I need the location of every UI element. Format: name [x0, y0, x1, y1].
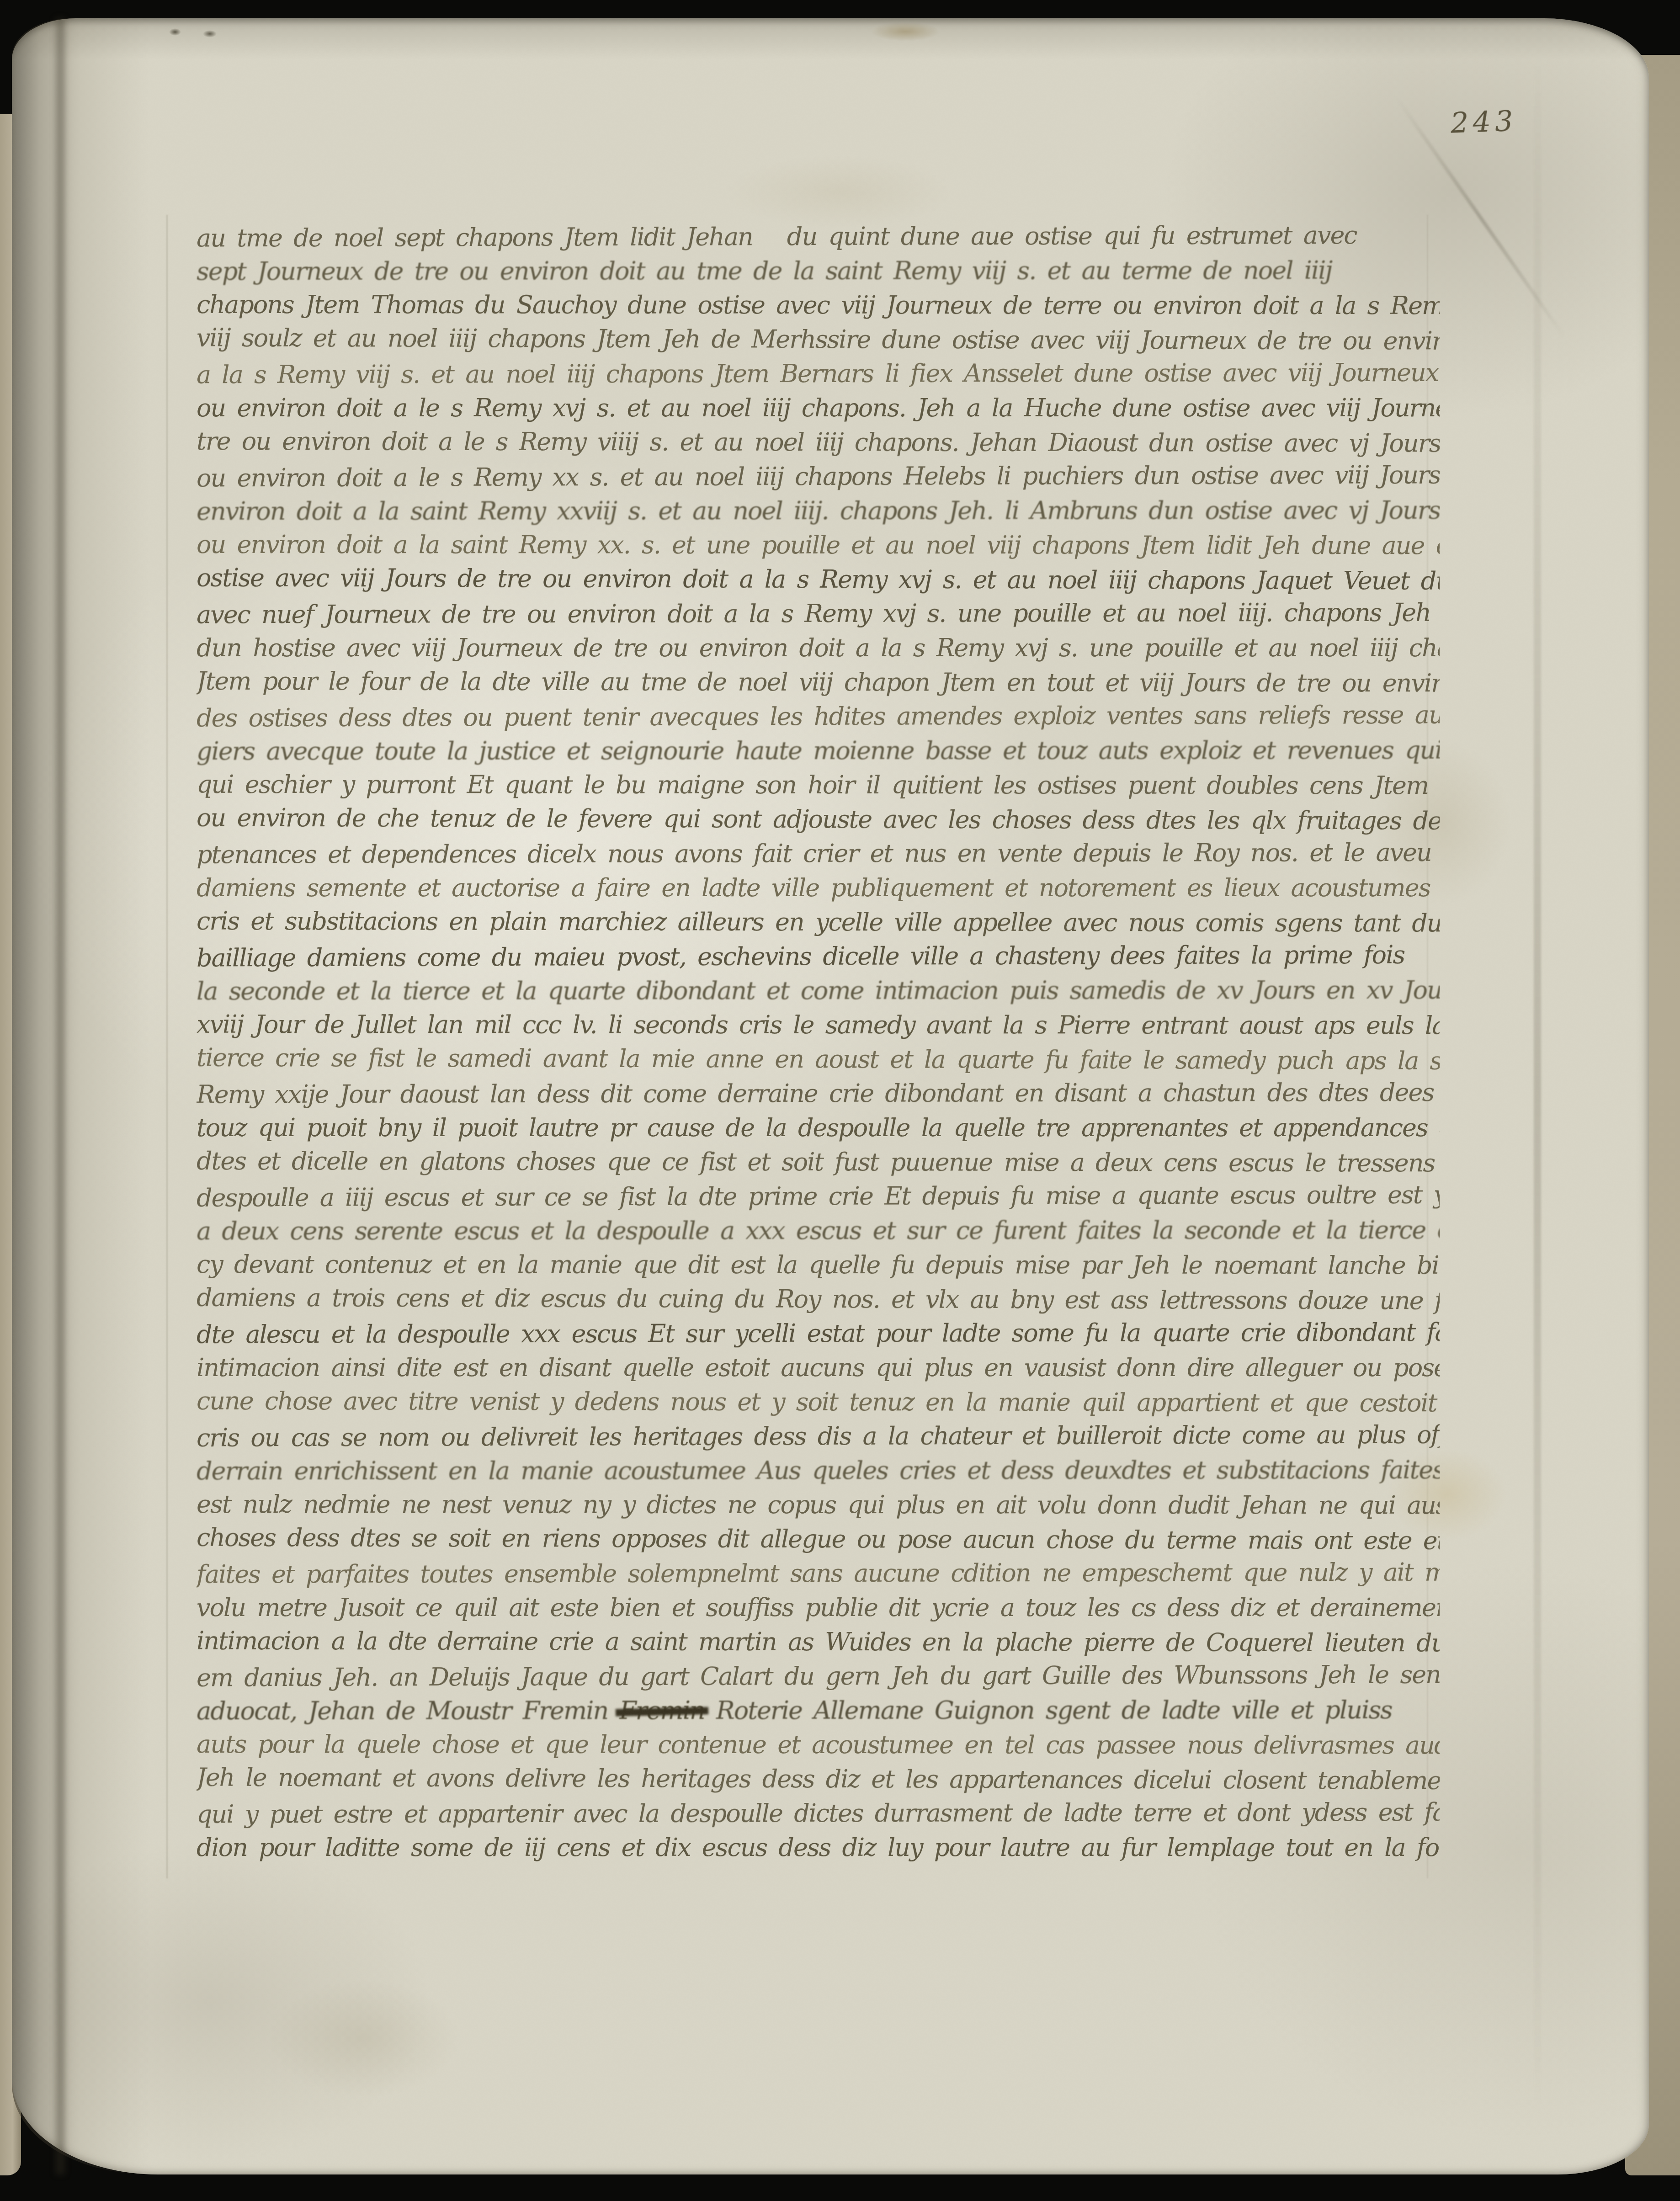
manuscript-line: Jtem pour le four de la dte ville au tme…: [197, 664, 1440, 701]
manuscript-line: aduocat, Jehan de Moustr Fremin Fremin R…: [197, 1693, 1440, 1728]
manuscript-line: ou environ doit a le s Remy xx s. et au …: [197, 457, 1440, 495]
manuscript-line: damiens semente et auctorise a faire en …: [197, 871, 1440, 905]
ink-speck: [169, 28, 181, 36]
manuscript-line: intimacion a la dte derraine crie a sain…: [197, 1624, 1440, 1660]
manuscript-line: dun hostise avec viij Journeux de tre ou…: [197, 631, 1440, 665]
manuscript-line: ostise avec viij Jours de tre ou environ…: [197, 560, 1440, 598]
manuscript-line: dtes et dicelle en glatons choses que ce…: [197, 1144, 1440, 1180]
manuscript-line: damiens a trois cens et diz escus du cui…: [197, 1280, 1440, 1318]
manuscript-line: bailliage damiens come du maieu pvost, e…: [197, 937, 1440, 975]
manuscript-line: au tme de noel sept chapons Jtem lidit J…: [197, 219, 1440, 255]
stain: [268, 1979, 460, 2098]
manuscript-line: Jeh le noemant et avons delivre les heri…: [197, 1760, 1440, 1797]
manuscript-line: qui y puet estre et appartenir avec la d…: [197, 1795, 1440, 1832]
manuscript-line: avec nuef Journeux de tre ou environ doi…: [197, 595, 1440, 632]
margin-ruling-left: [166, 215, 168, 1878]
manuscript-line: auts pour la quele chose et que leur con…: [197, 1727, 1440, 1762]
struck-word: Fremin: [619, 1696, 705, 1725]
manuscript-line: Remy xxije Jour daoust lan dess dit come…: [197, 1075, 1440, 1112]
stain: [871, 22, 940, 41]
manuscript-line: cris et substitacions en plain marchiez …: [197, 904, 1440, 941]
manuscript-line: cy devant contenuz et en la manie que di…: [197, 1247, 1440, 1282]
manuscript-line: cune chose avec titre venist y dedens no…: [197, 1384, 1440, 1420]
manuscript-line: qui eschier y purront Et quant le bu mai…: [197, 767, 1440, 803]
manuscript-line: cris ou cas se nom ou delivreit les heri…: [197, 1417, 1440, 1455]
ink-speck: [203, 30, 217, 37]
manuscript-line: ou environ doit a la saint Remy xx. s. e…: [197, 527, 1440, 563]
manuscript-line: em danius Jeh. an Deluijs Jaque du gart …: [197, 1657, 1440, 1695]
photograph-background: 243 au tme de noel sept chapons Jtem lid…: [0, 0, 1680, 2201]
manuscript-line: ou environ doit a le s Remy xvj s. et au…: [197, 391, 1440, 425]
manuscript-line: ou environ de che tenuz de le fevere qui…: [197, 800, 1440, 838]
manuscript-line: la seconde et la tierce et la quarte dib…: [197, 973, 1440, 1008]
manuscript-line: ptenances et dependences dicelx nous avo…: [197, 835, 1440, 872]
manuscript-line: dte alescu et la despoulle xxx escus Et …: [197, 1315, 1440, 1352]
manuscript-line: derrain enrichissent en la manie acoustu…: [197, 1453, 1440, 1488]
parchment-crease-vertical: [1534, 59, 1541, 2107]
manuscript-line: environ doit a la saint Remy xxviij s. e…: [197, 493, 1440, 528]
manuscript-line: faites et parfaites toutes ensemble sole…: [197, 1555, 1440, 1592]
text-block: au tme de noel sept chapons Jtem lidit J…: [197, 219, 1440, 1874]
manuscript-line: tierce crie se fist le samedi avant la m…: [197, 1040, 1440, 1078]
manuscript-line: despoulle a iiij escus et sur ce se fist…: [197, 1177, 1440, 1215]
manuscript-line: xviij Jour de Jullet lan mil ccc lv. li …: [197, 1007, 1440, 1042]
manuscript-line: volu metre Jusoit ce quil ait este bien …: [197, 1590, 1440, 1625]
manuscript-page: 243 au tme de noel sept chapons Jtem lid…: [12, 18, 1649, 2174]
manuscript-line: des ostises dess dtes ou puent tenir ave…: [197, 697, 1440, 735]
manuscript-line: sept Journeux de tre ou environ doit au …: [197, 253, 1440, 288]
gutter-fold-crease: [56, 18, 65, 2174]
manuscript-line: choses dess dtes se soit en riens oppose…: [197, 1520, 1440, 1558]
manuscript-line: a la s Remy viij s. et au noel iiij chap…: [197, 356, 1440, 392]
manuscript-line: touz qui puoit bny il puoit lautre pr ca…: [197, 1111, 1440, 1145]
stain: [725, 155, 953, 229]
manuscript-line: chapons Jtem Thomas du Sauchoy dune osti…: [197, 287, 1440, 323]
manuscript-line: intimacion ainsi dite est en disant quel…: [197, 1350, 1440, 1385]
manuscript-line: tre ou environ doit a le s Remy viiij s.…: [197, 424, 1440, 461]
manuscript-line: dion pour laditte some de iij cens et di…: [197, 1830, 1440, 1865]
folio-number: 243: [1450, 106, 1517, 137]
manuscript-line: viij soulz et au noel iiij chapons Jtem …: [197, 320, 1440, 358]
manuscript-line: a deux cens serente escus et la despoull…: [197, 1213, 1440, 1248]
manuscript-line: giers avecque toute la justice et seigno…: [197, 733, 1440, 768]
binding-gutter-shadow: [12, 18, 149, 2174]
manuscript-line: est nulz nedmie ne nest venuz ny y dicte…: [197, 1487, 1440, 1522]
